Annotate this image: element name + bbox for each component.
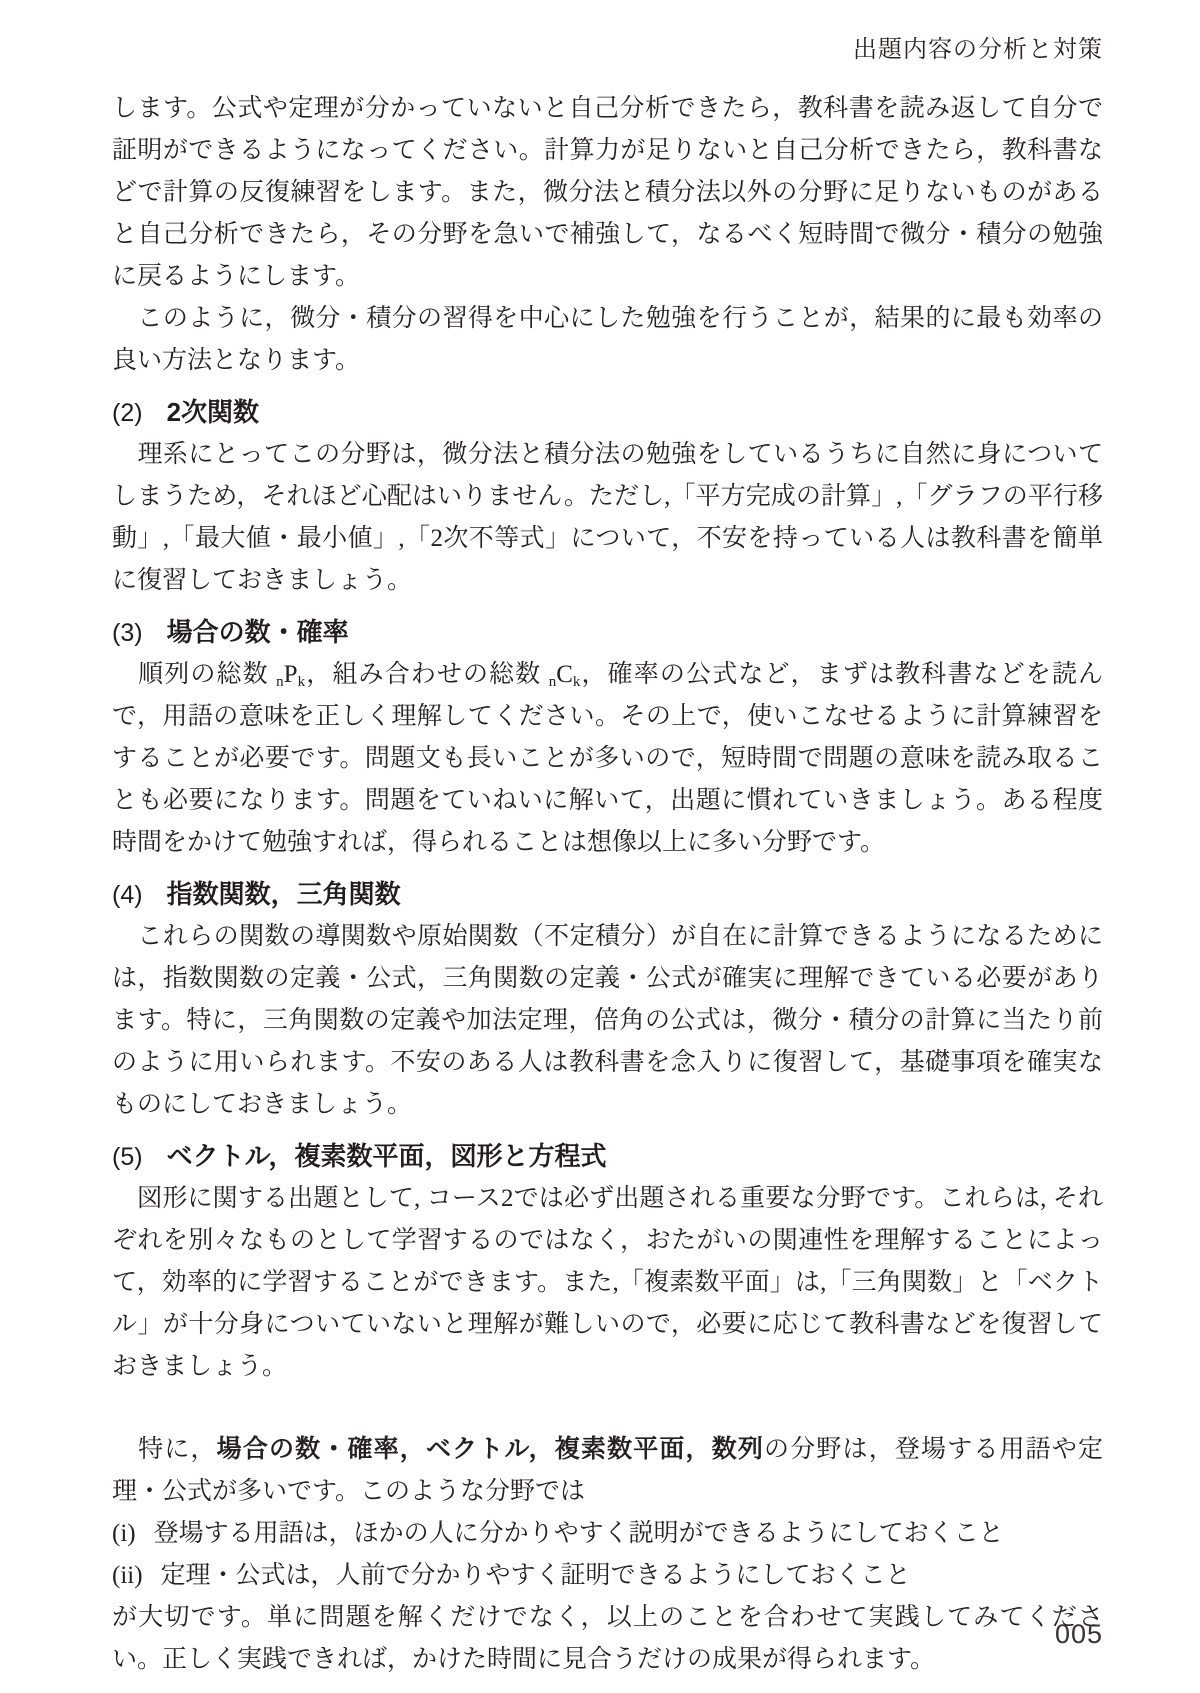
emphasized-fields: 場合の数・確率，ベクトル，複素数平面，数列: [217, 1435, 764, 1463]
paragraph-summary: このように，微分・積分の習得を中心にした勉強を行うことが，結果的に最も効率の良い…: [112, 298, 1103, 382]
list-marker: (ii): [112, 1562, 143, 1589]
section-number: (3): [112, 619, 143, 647]
subscript-k: k: [298, 674, 306, 690]
section-heading-exp-trig: (4)指数関数，三角関数: [112, 879, 1103, 910]
page-number: 005: [1055, 1621, 1103, 1648]
permutation-symbol: P: [284, 661, 298, 688]
list-item-ii: (ii)定理・公式は，人前で分かりやすく証明できるようにしておくこと: [112, 1555, 1103, 1597]
paragraph-vector-complex: 図形に関する出題として, コース2では必ず出題される重要な分野です。これらは, …: [112, 1178, 1103, 1388]
running-head-title: 出題内容の分析と対策: [853, 36, 1103, 63]
paragraph-exp-trig: これらの関数の導関数や原始関数（不定積分）が自在に計算できるようになるためには，…: [112, 916, 1103, 1126]
running-head: 出題内容の分析と対策: [853, 38, 1103, 62]
list-text: 定理・公式は，人前で分かりやすく証明できるようにしておくこと: [161, 1562, 911, 1589]
section-heading-vector-complex: (5)ベクトル，複素数平面，図形と方程式: [112, 1141, 1103, 1172]
paragraph-emphasis: 特に，場合の数・確率，ベクトル，複素数平面，数列の分野は，登場する用語や定理・公…: [112, 1428, 1103, 1513]
paragraph-continuation: します。公式や定理が分かっていないと自己分析できたら，教科書を読み返して自分で証…: [112, 88, 1103, 298]
text-run: ，組み合わせの総数: [305, 661, 549, 688]
section-number: (4): [112, 881, 143, 909]
paragraph-outro: が大切です。単に問題を解くだけでなく，以上のことを合わせて実践してみてください。…: [112, 1597, 1103, 1681]
section-title: 2次関数: [167, 397, 259, 427]
list-text: 登場する用語は，ほかの人に分かりやすく説明ができるようにしておくこと: [154, 1520, 1004, 1547]
subscript-n: n: [276, 674, 284, 690]
section-title: ベクトル，複素数平面，図形と方程式: [167, 1141, 607, 1171]
text-run: 特に，: [112, 1436, 217, 1463]
section-heading-quadratic: (2)2次関数: [112, 397, 1103, 428]
section-title: 指数関数，三角関数: [167, 879, 401, 909]
document-page: 出題内容の分析と対策 します。公式や定理が分かっていないと自己分析できたら，教科…: [0, 0, 1200, 1693]
section-number: (5): [112, 1143, 143, 1171]
section-title: 場合の数・確率: [167, 617, 349, 647]
section-heading-probability: (3)場合の数・確率: [112, 617, 1103, 648]
section-number: (2): [112, 399, 143, 427]
paragraph-probability: 順列の総数 nPk，組み合わせの総数 nCk，確率の公式など，まずは教科書などを…: [112, 654, 1103, 864]
list-marker: (i): [112, 1520, 136, 1547]
closing-block: 特に，場合の数・確率，ベクトル，複素数平面，数列の分野は，登場する用語や定理・公…: [112, 1428, 1103, 1681]
list-item-i: (i)登場する用語は，ほかの人に分かりやすく説明ができるようにしておくこと: [112, 1513, 1103, 1555]
paragraph-quadratic: 理系にとってこの分野は，微分法と積分法の勉強をしているうちに自然に身についてしま…: [112, 434, 1103, 602]
combination-symbol: C: [556, 661, 573, 688]
text-run: ，確率の公式など，まずは教科書などを読んで，用語の意味を正しく理解してください。…: [112, 661, 1103, 856]
page-body: します。公式や定理が分かっていないと自己分析できたら，教科書を読み返して自分で証…: [112, 88, 1103, 1681]
text-run: 順列の総数: [112, 661, 276, 688]
